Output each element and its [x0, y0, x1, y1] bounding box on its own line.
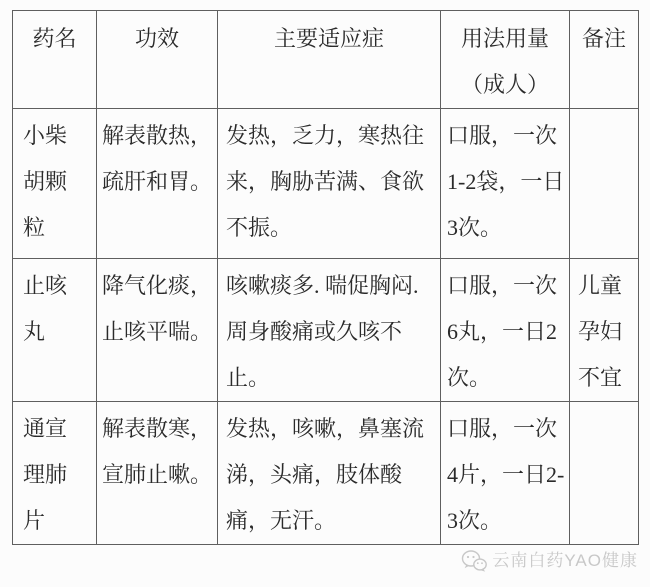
watermark: 云南白药YAO健康 — [461, 549, 638, 573]
cell-drug-name: 止咳丸 — [13, 259, 97, 402]
watermark-text: 云南白药YAO健康 — [492, 549, 638, 573]
table-row: 小柴胡颗粒 解表散热，疏肝和胃。 发热，乏力，寒热往来，胸胁苦满、食欲不振。 口… — [13, 109, 639, 259]
medicine-table: 药名 功效 主要适应症 用法用量 （成人） 备注 小柴胡颗粒 解表散热，疏肝和胃… — [12, 10, 639, 545]
header-dosage: 用法用量 （成人） — [441, 11, 570, 109]
header-dosage-line2: （成人） — [441, 62, 569, 108]
cell-dosage: 口服，一次6丸，一日2次。 — [441, 259, 570, 402]
header-remarks: 备注 — [570, 11, 639, 109]
cell-indications: 咳嗽痰多. 喘促胸闷. 周身酸痛或久咳不止。 — [218, 259, 441, 402]
cell-remarks — [570, 109, 639, 259]
header-dosage-line1: 用法用量 — [441, 16, 569, 62]
page: 药名 功效 主要适应症 用法用量 （成人） 备注 小柴胡颗粒 解表散热，疏肝和胃… — [0, 0, 650, 587]
cell-efficacy: 解表散热，疏肝和胃。 — [97, 109, 218, 259]
header-indications: 主要适应症 — [218, 11, 441, 109]
wechat-icon — [461, 549, 487, 573]
header-drug-name: 药名 — [13, 11, 97, 109]
cell-drug-name: 小柴胡颗粒 — [13, 109, 97, 259]
cell-remarks: 儿童孕妇不宜 — [570, 259, 639, 402]
table-row: 止咳丸 降气化痰，止咳平喘。 咳嗽痰多. 喘促胸闷. 周身酸痛或久咳不止。 口服… — [13, 259, 639, 402]
cell-efficacy: 解表散寒，宣肺止嗽。 — [97, 402, 218, 545]
cell-dosage: 口服，一次1-2袋，一日3次。 — [441, 109, 570, 259]
cell-drug-name: 通宣理肺片 — [13, 402, 97, 545]
cell-remarks — [570, 402, 639, 545]
cell-indications: 发热，咳嗽，鼻塞流涕，头痛，肢体酸痛，无汗。 — [218, 402, 441, 545]
cell-dosage: 口服，一次4片，一日2-3次。 — [441, 402, 570, 545]
header-row: 药名 功效 主要适应症 用法用量 （成人） 备注 — [13, 11, 639, 109]
cell-efficacy: 降气化痰，止咳平喘。 — [97, 259, 218, 402]
header-efficacy: 功效 — [97, 11, 218, 109]
cell-indications: 发热，乏力，寒热往来，胸胁苦满、食欲不振。 — [218, 109, 441, 259]
table-row: 通宣理肺片 解表散寒，宣肺止嗽。 发热，咳嗽，鼻塞流涕，头痛，肢体酸痛，无汗。 … — [13, 402, 639, 545]
